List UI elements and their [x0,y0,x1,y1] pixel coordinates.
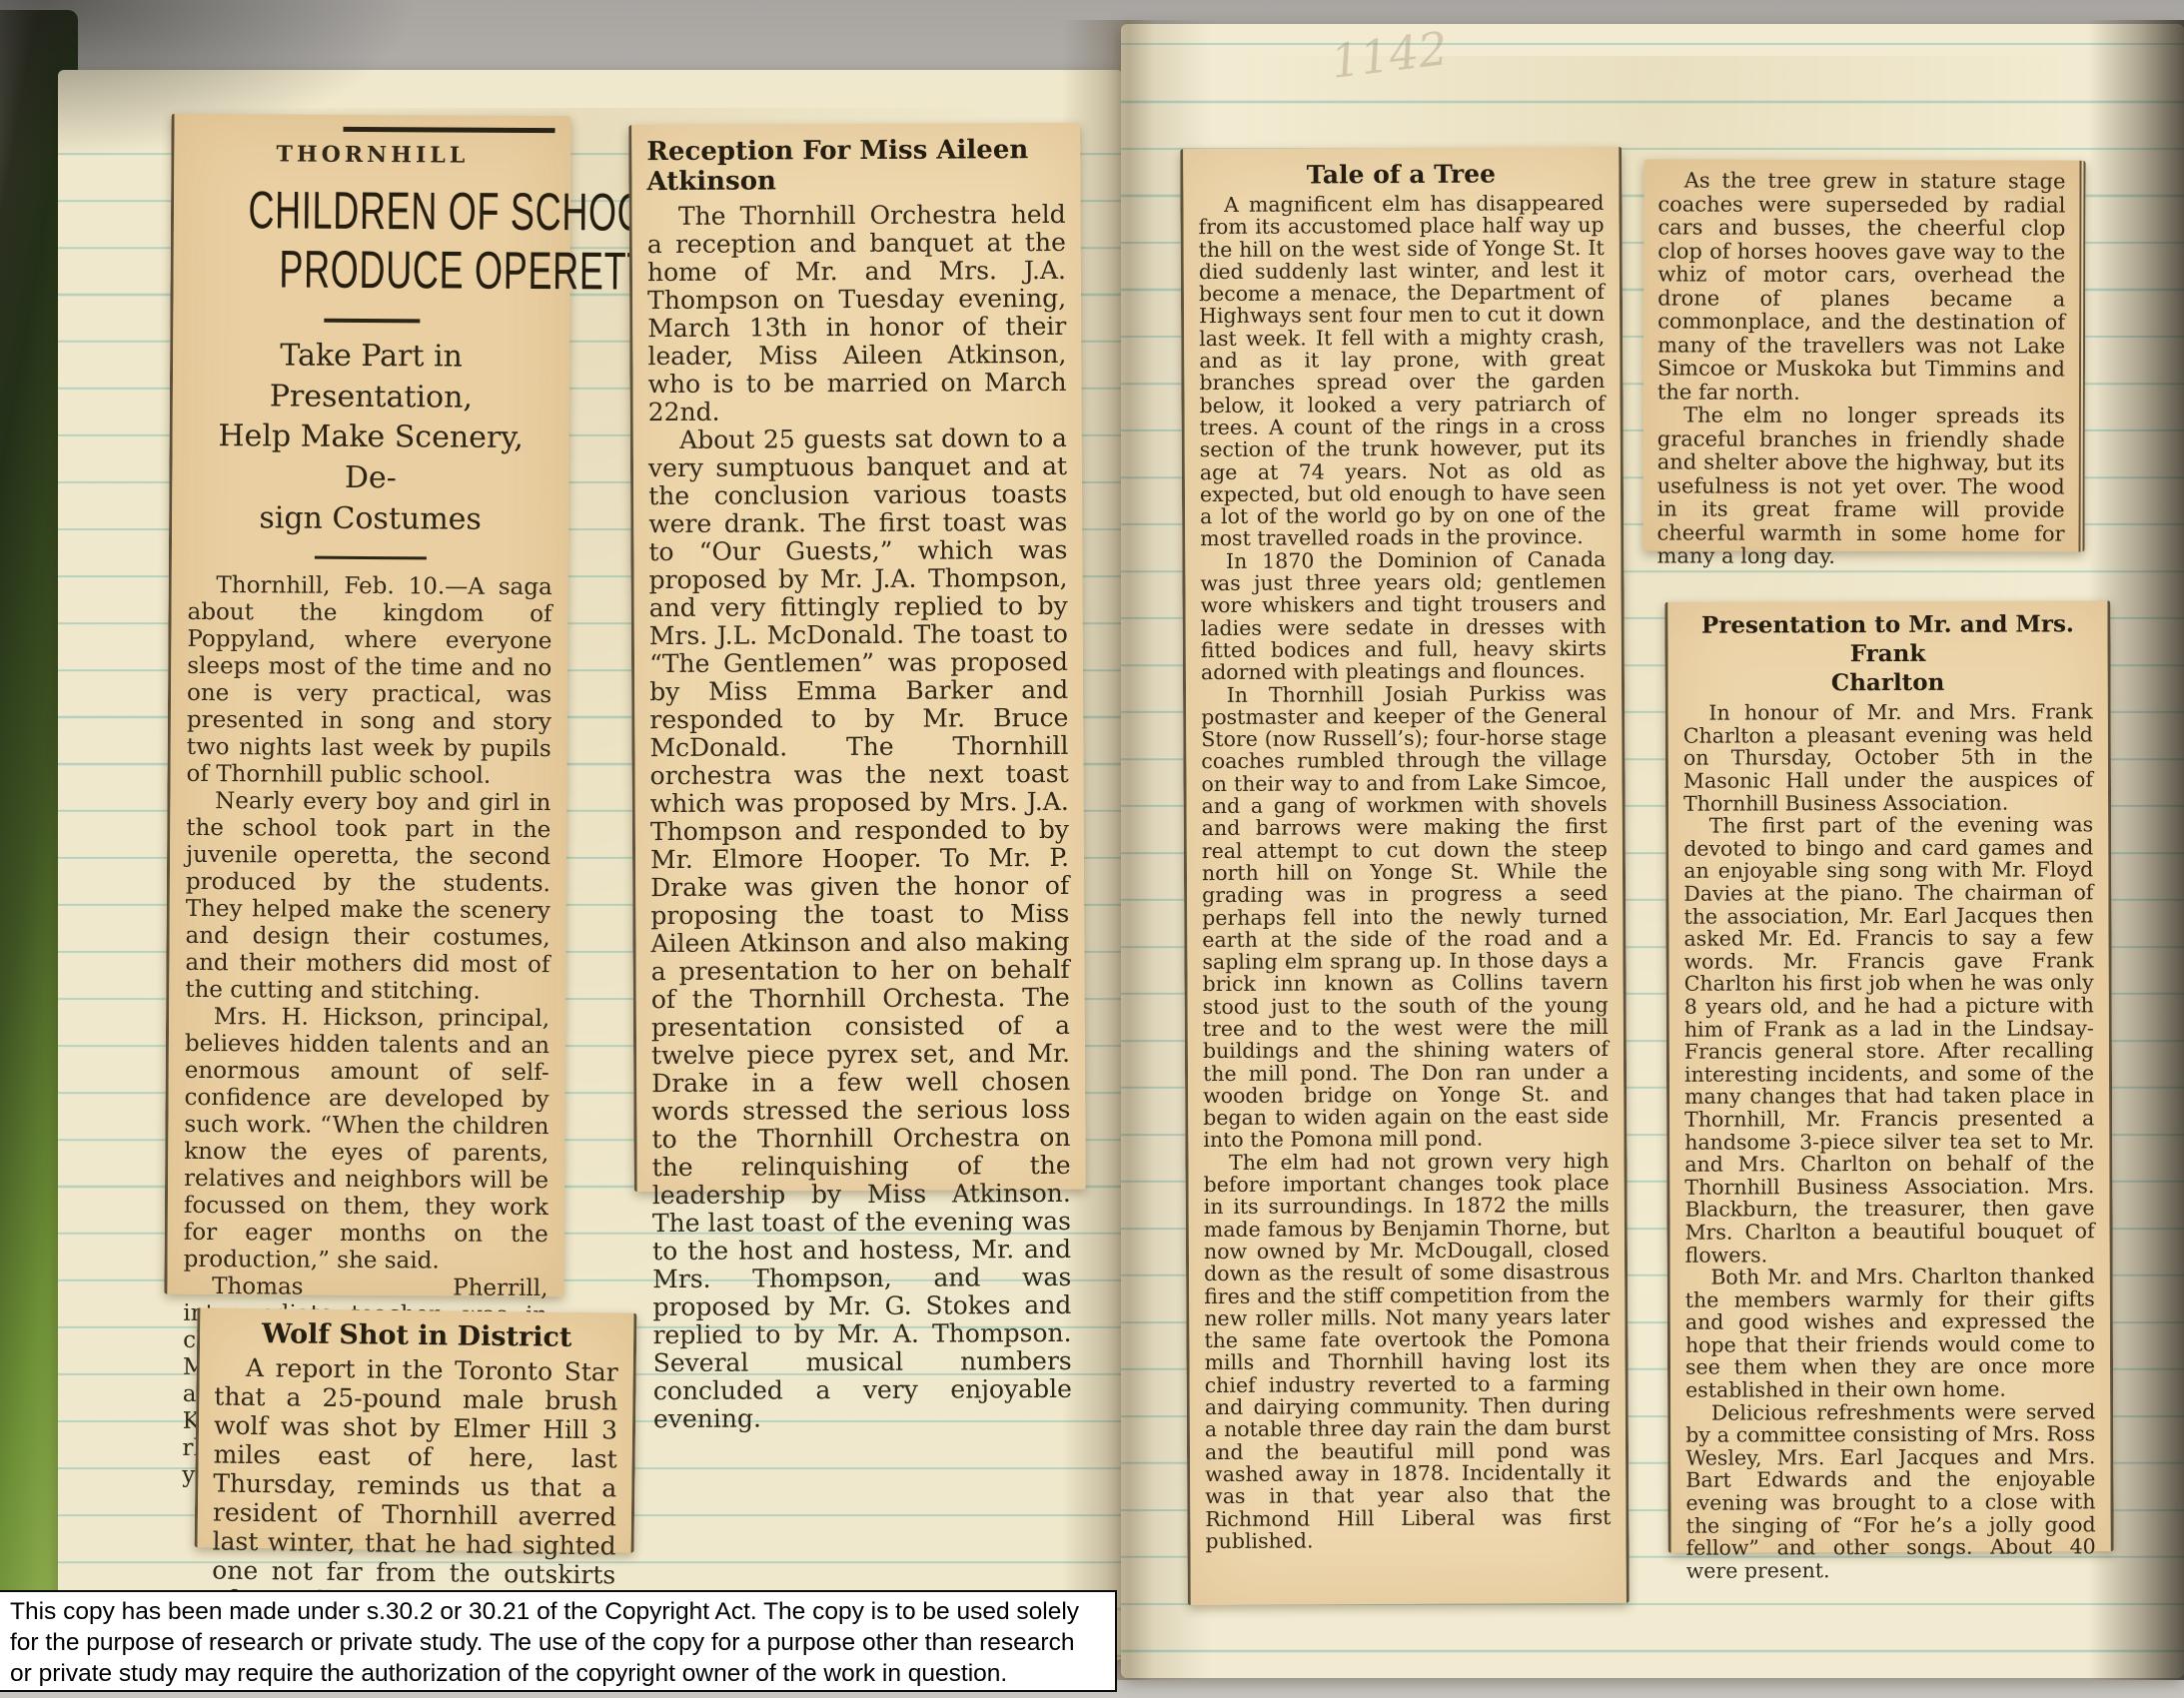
paragraph: The elm had not grown very high before i… [1203,1150,1611,1552]
paragraph: Delicious refreshments were served by a … [1685,1400,2096,1582]
paragraph: The Thornhill Orchestra held a reception… [647,201,1067,426]
paragraph: In Thornhill Josiah Purkiss was postmast… [1201,681,1609,1151]
paragraph: In 1870 the Dominion of Canada was just … [1200,548,1607,684]
paragraph: The elm no longer spreads its graceful b… [1656,404,2064,569]
paragraph: Nearly every boy and girl in the school … [185,788,550,1006]
clipping-operetta: THORNHILL CHILDREN OF SCHOOL PRODUCE OPE… [164,114,570,1296]
clipping-tale-of-a-tree-continued: As the tree grew in stature stage coache… [1642,159,2085,551]
clipping-wolf: Wolf Shot in District A report in the To… [195,1307,637,1552]
paragraph: About 25 guests sat down to a very sumpt… [648,424,1072,1433]
paragraph: In honour of Mr. and Mrs. Frank Charlton… [1683,701,2093,815]
paragraph: Mrs. H. Hickson, principal, believes hid… [184,1004,550,1275]
title-line: Presentation to Mr. and Mrs. Frank [1682,610,2092,669]
divider-rule [314,555,426,559]
headline-line: PRODUCE OPERETTA [248,241,497,302]
copyright-line: for the purpose of research or private s… [10,1627,1105,1658]
headline: CHILDREN OF SCHOOL PRODUCE OPERETTA [189,181,554,302]
divider-rule [324,318,420,323]
copyright-line: or private study may require the authori… [10,1658,1105,1689]
clipping-title: Tale of a Tree [1198,159,1604,190]
subtitle-line: Help Make Scenery, De- [188,417,552,500]
paragraph: A magnificent elm has disappeared from i… [1198,192,1606,550]
clipping-title: Reception For Miss Aileen Atkinson [646,135,1065,197]
subtitle-line: sign Costumes [188,498,552,541]
title-line: Charlton [1683,668,2093,698]
paragraph: Thornhill, Feb. 10.—A saga about the kin… [186,572,551,790]
clipping-tale-of-a-tree: Tale of a Tree A magnificent elm has dis… [1180,147,1630,1605]
copyright-notice: This copy has been made under s.30.2 or … [0,1590,1117,1692]
paragraph: Both Mr. and Mrs. Charlton thanked the m… [1685,1265,2095,1401]
paragraph: The first part of the evening was devote… [1683,814,2095,1267]
subtitle-line: Take Part in Presentation, [189,336,553,420]
column-rule [344,127,555,133]
clipping-title: Wolf Shot in District [215,1318,618,1354]
clipping-reception: Reception For Miss Aileen Atkinson The T… [628,123,1086,1192]
kicker: THORNHILL [190,141,554,169]
paragraph: As the tree grew in stature stage coache… [1657,169,2066,405]
clipping-charlton: Presentation to Mr. and Mrs. Frank Charl… [1664,600,2113,1553]
paragraph: A report in the Toronto Star that a 25-p… [212,1353,618,1619]
subtitle: Take Part in Presentation, Help Make Sce… [188,336,553,541]
copyright-line: This copy has been made under s.30.2 or … [10,1596,1105,1627]
headline-line: CHILDREN OF SCHOOL [248,181,497,242]
clipping-title: Presentation to Mr. and Mrs. Frank Charl… [1682,610,2092,698]
